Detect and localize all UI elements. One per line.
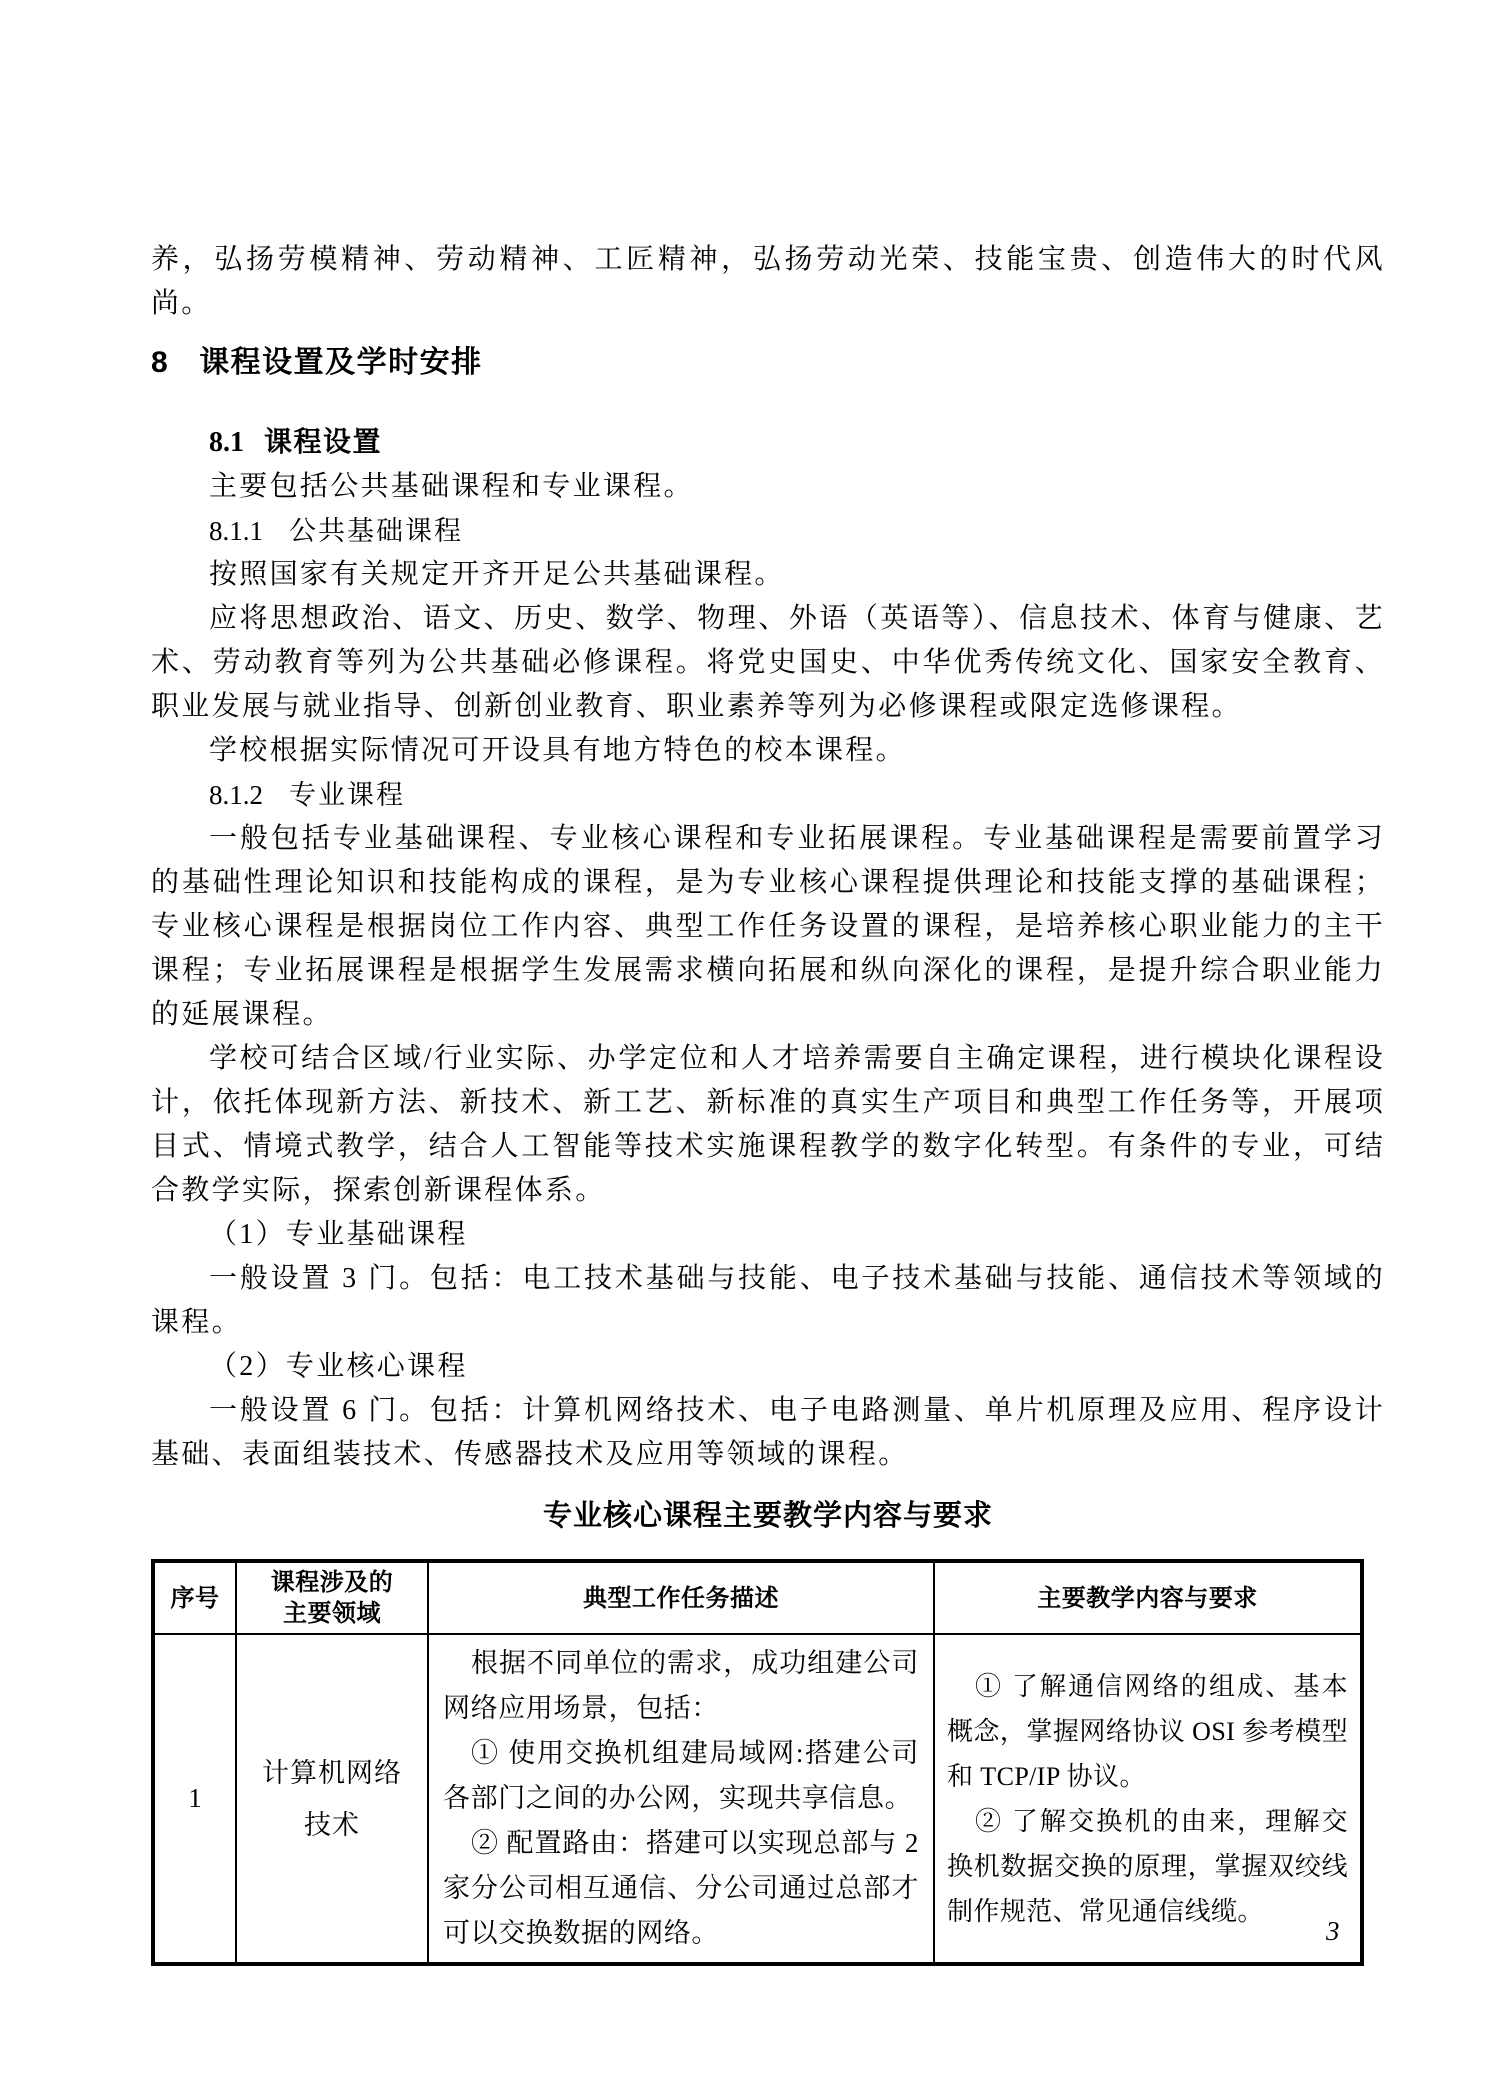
section-8-1-title: 课程设置 [264, 426, 382, 457]
header-domain-line2: 主要领域 [283, 1600, 381, 1627]
row-domain-line1: 计算机网络 [262, 1758, 402, 1788]
section-8-1-2-title: 专业课程 [289, 780, 405, 810]
row-domain-cell: 计算机网络技术 [236, 1634, 428, 1964]
header-task: 典型工作任务描述 [428, 1561, 934, 1634]
table-header-row: 序号 课程涉及的主要领域 典型工作任务描述 主要教学内容与要求 [153, 1561, 1362, 1634]
task-paragraph: ① 使用交换机组建局域网:搭建公司各部门之间的办公网，实现共享信息。 [443, 1731, 919, 1821]
paragraph: 一般设置 6 门。包括：计算机网络技术、电子电路测量、单片机原理及应用、程序设计… [151, 1389, 1385, 1477]
section-8-1-2-heading: 8.1.2专业课程 [151, 773, 1385, 817]
section-8-heading: 8课程设置及学时安排 [151, 340, 1385, 386]
content-paragraph: ① 了解通信网络的组成、基本概念，掌握网络协议 OSI 参考模型和 TCP/IP… [947, 1664, 1348, 1799]
header-domain-line1: 课程涉及的 [271, 1569, 394, 1596]
row-task-cell: 根据不同单位的需求，成功组建公司网络应用场景，包括： ① 使用交换机组建局域网:… [428, 1634, 934, 1964]
section-8-1-2-number: 8.1.2 [209, 780, 263, 810]
row-content-cell: ① 了解通信网络的组成、基本概念，掌握网络协议 OSI 参考模型和 TCP/IP… [934, 1634, 1362, 1964]
section-8-number: 8 [151, 346, 169, 379]
table-title: 专业核心课程主要教学内容与要求 [151, 1493, 1385, 1539]
row-domain-line2: 技术 [304, 1810, 360, 1840]
paragraph: 一般包括专业基础课程、专业核心课程和专业拓展课程。专业基础课程是需要前置学习的基… [151, 817, 1385, 1037]
paragraph: 学校根据实际情况可开设具有地方特色的校本课程。 [151, 729, 1385, 773]
section-8-1-heading: 8.1课程设置 [151, 420, 1385, 465]
row-index-cell: 1 [153, 1634, 236, 1964]
section-8-1-1-heading: 8.1.1公共基础课程 [151, 509, 1385, 553]
list-item-heading: （1）专业基础课程 [151, 1213, 1385, 1257]
content-paragraph: ② 了解交换机的由来，理解交换机数据交换的原理，掌握双绞线制作规范、常见通信线缆… [947, 1799, 1348, 1934]
table-row: 1 计算机网络技术 根据不同单位的需求，成功组建公司网络应用场景，包括： ① 使… [153, 1634, 1362, 1964]
header-domain: 课程涉及的主要领域 [236, 1561, 428, 1634]
list-item-heading: （2）专业核心课程 [151, 1345, 1385, 1389]
paragraph: 应将思想政治、语文、历史、数学、物理、外语（英语等）、信息技术、体育与健康、艺术… [151, 597, 1385, 729]
paragraph: 按照国家有关规定开齐开足公共基础课程。 [151, 553, 1385, 597]
paragraph: 学校可结合区域/行业实际、办学定位和人才培养需要自主确定课程，进行模块化课程设计… [151, 1037, 1385, 1213]
page-number: 3 [1326, 1916, 1340, 1947]
section-8-1-1-title: 公共基础课程 [289, 516, 463, 546]
page-content: 养，弘扬劳模精神、劳动精神、工匠精神，弘扬劳动光荣、技能宝贵、创造伟大的时代风尚… [151, 238, 1385, 1966]
paragraph: 一般设置 3 门。包括：电工技术基础与技能、电子技术基础与技能、通信技术等领域的… [151, 1257, 1385, 1345]
document-page: 养，弘扬劳模精神、劳动精神、工匠精神，弘扬劳动光荣、技能宝贵、创造伟大的时代风尚… [0, 0, 1503, 2094]
core-courses-table: 序号 课程涉及的主要领域 典型工作任务描述 主要教学内容与要求 1 计算机网络技… [151, 1559, 1364, 1966]
task-paragraph: ② 配置路由：搭建可以实现总部与 2 家分公司相互通信、分公司通过总部才可以交换… [443, 1821, 919, 1956]
task-paragraph: 根据不同单位的需求，成功组建公司网络应用场景，包括： [443, 1641, 919, 1731]
section-8-1-intro: 主要包括公共基础课程和专业课程。 [151, 465, 1385, 509]
leading-paragraph: 养，弘扬劳模精神、劳动精神、工匠精神，弘扬劳动光荣、技能宝贵、创造伟大的时代风尚… [151, 238, 1385, 326]
header-content: 主要教学内容与要求 [934, 1561, 1362, 1634]
section-8-1-number: 8.1 [209, 427, 244, 458]
header-index: 序号 [153, 1561, 236, 1634]
section-8-title: 课程设置及学时安排 [199, 346, 483, 379]
section-8-1-1-number: 8.1.1 [209, 516, 263, 546]
